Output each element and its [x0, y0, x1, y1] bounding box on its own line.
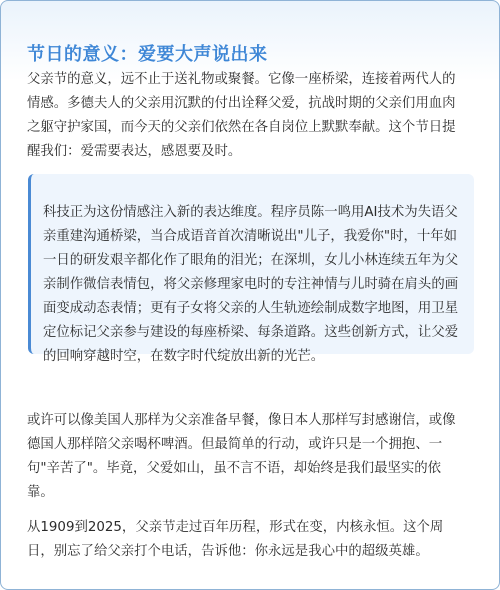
- paragraph-meaning: 父亲节的意义，远不止于送礼物或聚餐。它像一座桥梁，连接着两代人的情感。多德夫人的…: [27, 68, 467, 164]
- article-card: 节日的意义：爱要大声说出来 父亲节的意义，远不止于送礼物或聚餐。它像一座桥梁，连…: [0, 0, 500, 590]
- paragraph-customs: 或许可以像美国人那样为父亲准备早餐，像日本人那样写封感谢信，或像德国人那样陪父亲…: [27, 409, 467, 505]
- section-title: 节日的意义：爱要大声说出来: [27, 40, 268, 66]
- quote-text: 科技正为这份情感注入新的表达维度。程序员陈一鸣用AI技术为失语父亲重建沟通桥梁，…: [43, 201, 463, 369]
- highlight-quote-box: 科技正为这份情感注入新的表达维度。程序员陈一鸣用AI技术为失语父亲重建沟通桥梁，…: [28, 174, 474, 354]
- paragraph-closing: 从1909到2025，父亲节走过百年历程，形式在变，内核永恒。这个周日，别忘了给…: [27, 516, 467, 564]
